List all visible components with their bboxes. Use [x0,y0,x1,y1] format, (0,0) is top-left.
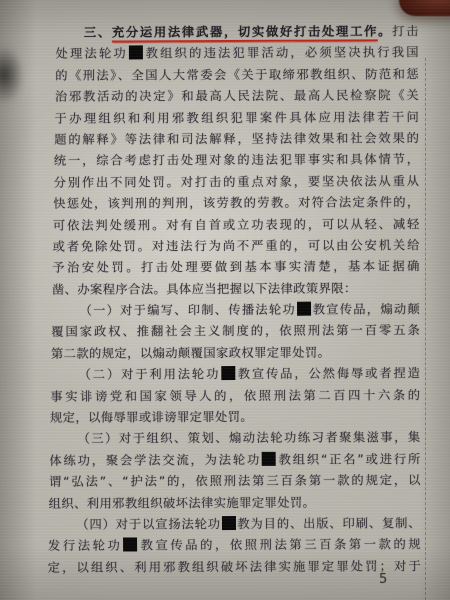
text-line: 凿、办案程序合法。具体应当把握以下法律政策界限： [52,278,420,301]
text-segment: 教宣传品的，依照刑法第三百条第一款的规 [138,538,421,553]
document-photo: 三、充分运用法律武器，切实做好打击处理工作。打击处理法轮功教组织的违法犯罪活动，… [0,0,450,600]
text-segment: 覆国家政权、推翻社会主义制度的，依照刑法第一百零五条 [51,324,420,340]
text-line: 事实诽谤党和国家领导人的，依照刑法第二百四十六条的 [50,385,420,408]
text-segment: 予治安处罚。打击处理要做到基本事实清楚，基本证据确 [52,260,420,276]
paper-fold-line [425,58,426,600]
left-edge-shadow [0,46,24,104]
heading-segment: 。 [378,24,392,38]
text-segment: （三）对于组织、策划、煽动法轮功练习者聚集滋事，集 [78,431,421,446]
corner-object [399,0,450,16]
text-segment: （一）对于编写、印制、传播法轮功 [80,303,296,318]
text-segment: 教组织的违法犯罪活动，必须坚决执行我国 [144,46,419,61]
text-segment: 教组织“正名”或进行所 [277,452,421,467]
text-segment: 处理法轮功 [55,47,127,61]
page-number: 5 [379,572,387,587]
text-line: 发行法轮功教宣传品的，依照刑法第三百条第一款的规 [48,535,421,558]
text-line: 分别作出不同处罚。对打击的重点对象，要坚决依法从重从 [54,171,420,194]
text-line: 治邪教活动的决定》和最高人民法院、最高人民检察院《关 [55,85,419,108]
text-segment: 教宣传品，煽动颠 [312,302,420,316]
text-segment: 统一，综合考虑打击处理对象的违法犯罪事实和具体情节， [54,153,420,169]
redaction-box-icon [262,452,276,466]
text-segment: 或者免除处罚。对违法行为尚不严重的，可以由公安机关给 [53,238,420,254]
text-line: 可依法判处缓刑。对有自首或立功表现的，可以从轻、减轻 [53,214,420,237]
redaction-box-icon [222,516,236,530]
text-block: 三、充分运用法律武器，切实做好打击处理工作。打击处理法轮功教组织的违法犯罪活动，… [56,21,421,579]
text-segment: 凿、办案程序合法。具体应当把握以下法律政策界限： [52,281,357,296]
text-segment: （四）对于以宣扬法轮功 [76,517,221,532]
text-line: 定，以组织、利用邪教组织破坏法律实施罪定罪处罚；对于 [48,556,422,579]
text-line: （三）对于组织、策划、煽动法轮功练习者聚集滋事，集 [50,428,421,451]
redaction-box-icon [297,302,311,316]
text-line: 统一，综合考虑打击处理对象的违法犯罪事实和具体情节， [54,150,420,173]
text-segment: 谓“弘法”、“护法”的，依照刑法第三百条第一款的规定，以 [49,473,421,489]
text-line: 快惩处，该判刑的判刑，该劳教的劳教。对符合法定条件的， [53,192,419,215]
text-segment: 题的解释》等法律和司法解释，坚持法律效果和社会效果的 [54,131,419,147]
text-line: 第二款的规定，以煽动颠覆国家政权罪定罪处罚。 [51,342,420,365]
text-segment: 第二款的规定，以煽动颠覆国家政权罪定罪处罚。 [51,345,330,360]
text-segment: 于办理组织和利用邪教组织犯罪案件具体应用法律若干问 [55,110,420,126]
text-line: （四）对于以宣扬法轮功教为目的、出版、印刷、复制、 [48,513,421,536]
text-segment: 教为目的、出版、印刷、复制、 [237,516,421,531]
text-line: 组织、利用邪教组织破坏法律实施罪定罪处罚。 [49,492,421,515]
text-line: 体练功，聚会学法交流，为法轮功教组织“正名”或进行所 [49,449,420,472]
text-segment: 教宣传品，公然侮辱或者捏造 [236,366,420,381]
text-line: 或者免除处罚。对违法行为尚不严重的，可以由公安机关给 [53,235,420,258]
text-segment: 规定，以侮辱罪或诽谤罪定罪处罚。 [50,410,253,425]
redaction-box-icon [221,366,235,380]
text-segment: 的《刑法》、全国人大常委会《关于取缔邪教组织、防范和惩 [55,67,419,83]
text-line: 处理法轮功教组织的违法犯罪活动，必须坚决执行我国 [55,43,418,66]
heading-segment: 三、 [84,26,112,40]
text-line: （二）对于利用法轮功教宣传品，公然侮辱或者捏造 [51,363,421,386]
redaction-box-icon [129,46,143,60]
text-segment: 打击 [392,24,419,38]
text-segment: 发行法轮功 [48,539,122,553]
text-segment: 分别作出不同处罚。对打击的重点对象，要坚决依法从重从 [54,174,420,190]
text-line: 予治安处罚。打击处理要做到基本事实清楚，基本证据确 [52,257,420,280]
text-segment: 治邪教活动的决定》和最高人民法院、最高人民检察院《关 [55,88,419,104]
text-line: 规定，以侮辱罪或诽谤罪定罪处罚。 [50,406,421,429]
heading-segment: 充分运用法律武器，切实做好打击处理工作 [112,24,378,42]
text-segment: （二）对于利用法轮功 [79,367,221,382]
text-segment: 事实诽谤党和国家领导人的，依照刑法第二百四十六条的 [50,388,420,404]
text-line: 题的解释》等法律和司法解释，坚持法律效果和社会效果的 [54,128,419,151]
text-segment: 体练功，聚会学法交流，为法轮功 [49,453,261,468]
text-line: （一）对于编写、印制、传播法轮功教宣传品，煽动颠 [52,299,421,322]
text-line: 的《刑法》、全国人大常委会《关于取缔邪教组织、防范和惩 [55,64,419,87]
text-segment: 可依法判处缓刑。对有自首或立功表现的，可以从轻、减轻 [53,217,420,233]
redaction-box-icon [123,538,137,552]
text-segment: 快惩处，该判刑的判刑，该劳教的劳教。对符合法定条件的， [53,195,419,211]
text-line: 覆国家政权、推翻社会主义制度的，依照刑法第一百零五条 [51,321,420,344]
text-segment: 组织、利用邪教组织破坏法律实施罪定罪处罚。 [49,495,316,510]
text-line: 于办理组织和利用邪教组织犯罪案件具体应用法律若干问 [54,107,419,130]
text-line: 谓“弘法”、“护法”的，依照刑法第三百条第一款的规定，以 [49,470,421,493]
text-line: 三、充分运用法律武器，切实做好打击处理工作。打击 [56,21,419,44]
text-segment: 定，以组织、利用邪教组织破坏法律实施罪定罪处罚；对于 [48,559,422,575]
